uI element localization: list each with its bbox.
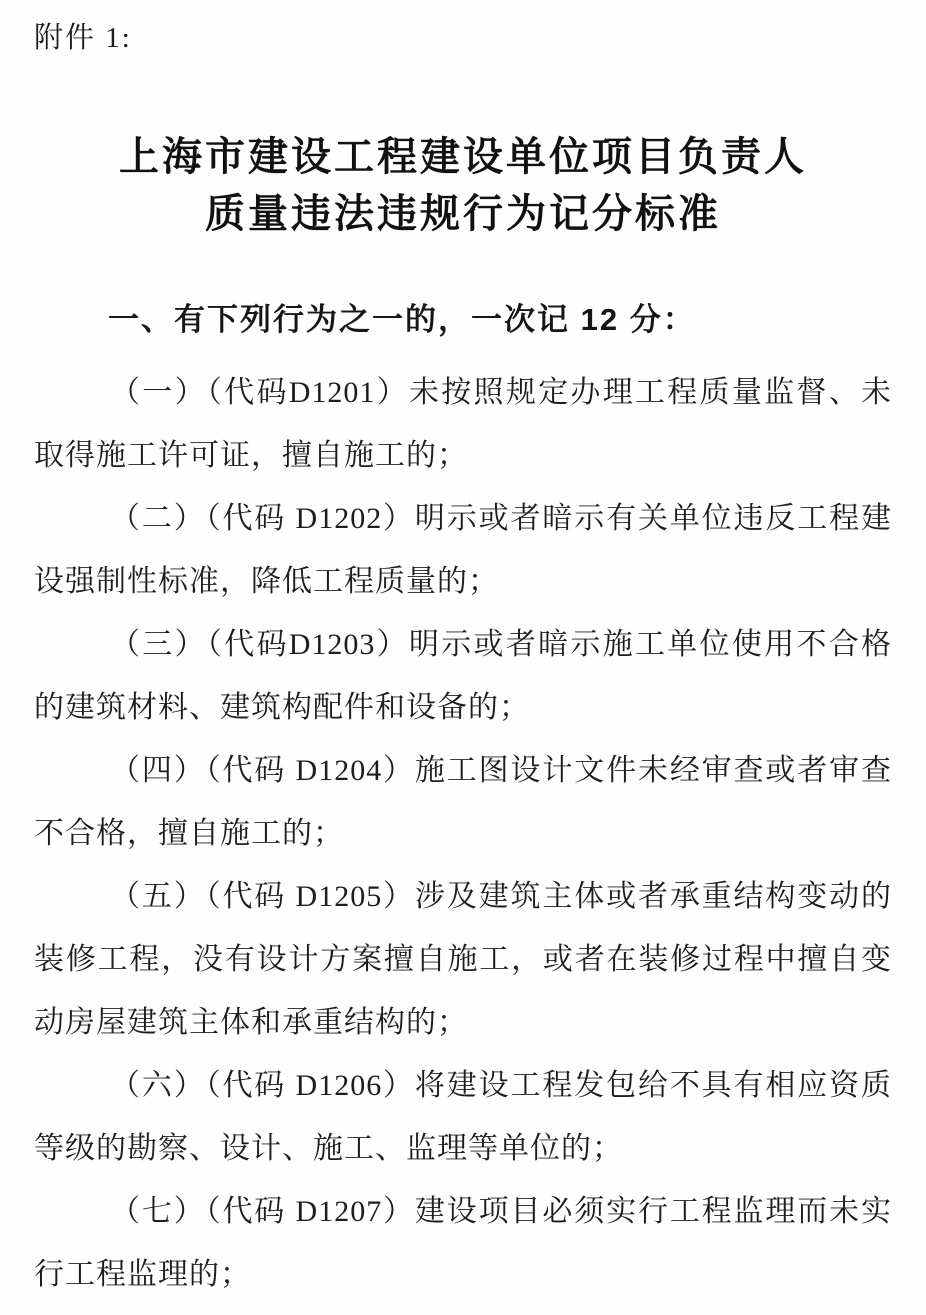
document-title: 上海市建设工程建设单位项目负责人 质量违法违规行为记分标准	[34, 128, 892, 242]
regulation-item-6: （六）（代码 D1206）将建设工程发包给不具有相应资质等级的勘察、设计、施工、…	[34, 1054, 892, 1180]
regulation-item-5: （五）（代码 D1205）涉及建筑主体或者承重结构变动的装修工程，没有设计方案擅…	[34, 865, 892, 1054]
regulation-item-1: （一）（代码D1201）未按照规定办理工程质量监督、未取得施工许可证，擅自施工的…	[34, 361, 892, 487]
document-body: （一）（代码D1201）未按照规定办理工程质量监督、未取得施工许可证，擅自施工的…	[34, 361, 892, 1306]
document-title-line-1: 上海市建设工程建设单位项目负责人	[34, 128, 892, 185]
regulation-item-7: （七）（代码 D1207）建设项目必须实行工程监理而未实行工程监理的；	[34, 1180, 892, 1306]
document-page: 附件 1: 上海市建设工程建设单位项目负责人 质量违法违规行为记分标准 一、有下…	[0, 0, 926, 1315]
regulation-item-4: （四）（代码 D1204）施工图设计文件未经审查或者审查不合格，擅自施工的；	[34, 739, 892, 865]
attachment-label: 附件 1:	[34, 16, 892, 60]
document-title-line-2: 质量违法违规行为记分标准	[34, 185, 892, 242]
regulation-item-2: （二）（代码 D1202）明示或者暗示有关单位违反工程建设强制性标准，降低工程质…	[34, 487, 892, 613]
section-heading: 一、有下列行为之一的，一次记 12 分：	[34, 288, 892, 351]
regulation-item-3: （三）（代码D1203）明示或者暗示施工单位使用不合格的建筑材料、建筑构配件和设…	[34, 613, 892, 739]
